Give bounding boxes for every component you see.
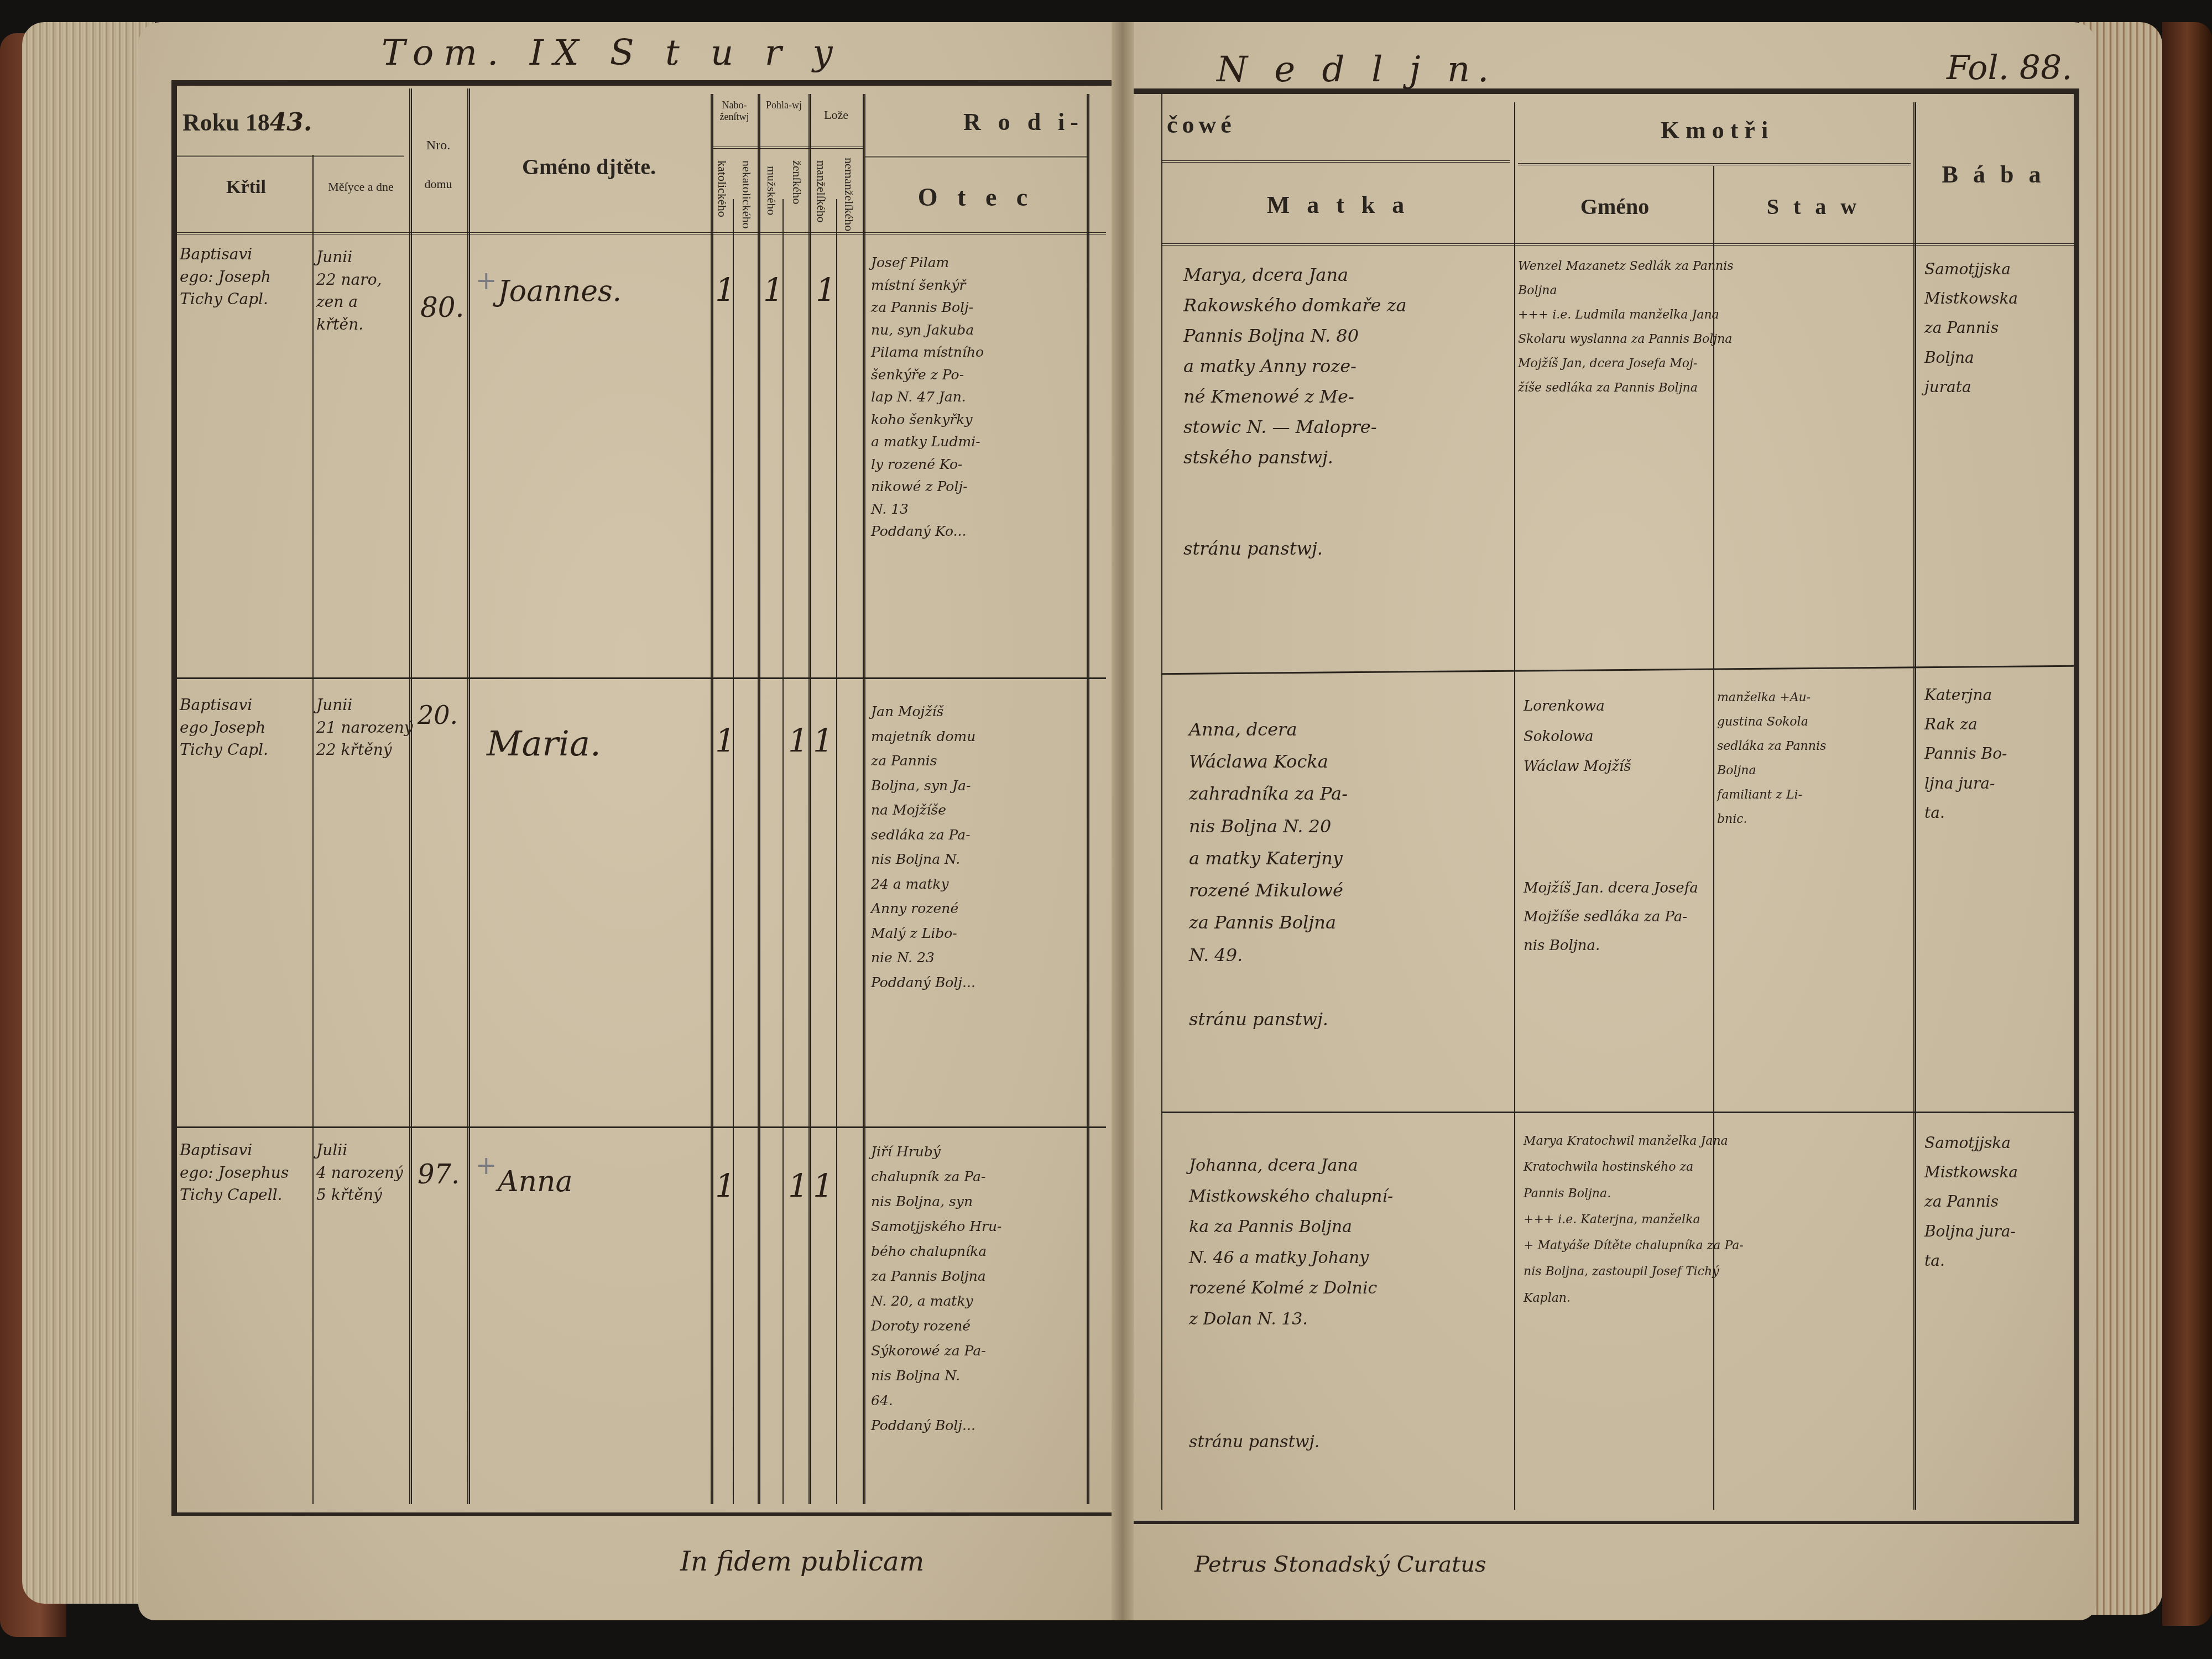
birth-date: Julii 4 narozený 5 křtěný: [316, 1139, 403, 1207]
subheader-illegitimate: nemanželſkého: [842, 158, 856, 231]
subheader-male: mužského: [764, 166, 779, 215]
subheader-catholic: katolického: [715, 160, 729, 217]
col-header-godparent-name: Gméno: [1518, 194, 1712, 220]
tally-catholic: 1: [715, 722, 735, 759]
col-header-religion: Nabo-ženſtwj: [712, 100, 757, 123]
col-header-nro: Nro.: [412, 138, 465, 153]
year-label: Roku 1843.: [182, 105, 312, 140]
locality-note: N e d l j n.: [1217, 44, 1496, 96]
pencil-cross-mark: +: [476, 265, 497, 295]
subheader-noncatholic: nekatolického: [739, 160, 754, 228]
godparents-info: Wenzel Mazanetz Sedlák za Pannis Boljna …: [1518, 254, 1734, 400]
subheader-female: ženſkého: [790, 160, 804, 204]
col-rule: [836, 199, 837, 1504]
col-rule: [733, 199, 734, 1504]
header-rule: [1518, 163, 1911, 168]
midwife-info: Samotjjska Mistkowska za Pannis Boljna j…: [1924, 1128, 2018, 1275]
tally-legitimate: 1: [816, 271, 836, 309]
tally-legitimate: 1: [813, 722, 833, 759]
tally-catholic: 1: [715, 271, 735, 309]
father-info: Josef Pilam místní šenkýř za Pannis Bolj…: [871, 252, 984, 543]
tally-legitimate: 1: [813, 1167, 833, 1204]
midwife-info: Samotjjska Mistkowska za Pannis Boljna j…: [1924, 254, 2018, 401]
tally-male: 1: [763, 271, 784, 309]
father-info: Jiří Hrubý chalupník za Pa- nis Boljna, …: [871, 1139, 1002, 1438]
child-name: Joannes.: [498, 271, 622, 312]
col-header-father: O t e c: [868, 182, 1084, 212]
col-rule: [1514, 102, 1515, 1510]
godparents-info: Marya Kratochwil manželka Jana Kratochwi…: [1524, 1128, 1744, 1311]
attestation-left: In fidem publicam: [680, 1543, 924, 1582]
header-rule: [713, 147, 863, 151]
birth-date: Junii 21 narozený 22 křtěný: [316, 694, 413, 761]
tally-catholic: 1: [715, 1167, 735, 1204]
col-rule: [467, 88, 470, 1504]
col-header-krtil: Křtil: [182, 177, 310, 198]
midwife-info: Katerjna Rak za Pannis Bo- ljna jura- ta…: [1924, 680, 2007, 827]
house-number: 20.: [418, 697, 458, 734]
col-rule: [863, 94, 865, 1504]
row-divider: [177, 1126, 1106, 1128]
father-info: Jan Mojžíš majetník domu za Pannis Boljn…: [871, 700, 975, 995]
header-rule: [177, 155, 404, 159]
col-rule: [1087, 94, 1089, 1504]
tally-female: 1: [788, 722, 808, 759]
col-rule: [1161, 94, 1162, 1510]
col-header-sex: Pohla-wj: [760, 100, 807, 111]
col-header-child-name: Gméno djtěte.: [470, 154, 708, 180]
col-header-parents-right: čowé: [1167, 111, 1236, 139]
book-gutter: [1112, 22, 1134, 1620]
leather-cover-right: [2162, 22, 2212, 1626]
col-rule: [1913, 102, 1916, 1510]
col-header-godparent-status: S t a w: [1717, 194, 1911, 220]
header-rule: [1161, 160, 1510, 165]
col-header-mother: M a t k a: [1167, 191, 1510, 219]
col-header-parents-left: R o d i-: [868, 108, 1084, 136]
col-rule: [758, 94, 760, 1504]
year-handwritten: 43.: [270, 108, 312, 137]
mother-info: Marya, dcera Jana Rakowského domkaře za …: [1183, 260, 1407, 564]
birth-date: Junii 22 naro, zen a křtěn.: [316, 246, 382, 336]
header-bottom-rule: [177, 232, 1106, 237]
baptizer: Baptisavi ego: Joseph Tichy Capl.: [180, 243, 271, 311]
col-header-midwife: B á b a: [1919, 160, 2068, 189]
mother-info: Anna, dcera Wáclawa Kocka zahradníka za …: [1189, 713, 1348, 1035]
mother-info: Johanna, dcera Jana Mistkowského chalupn…: [1189, 1150, 1393, 1457]
tally-female: 1: [788, 1167, 808, 1204]
col-rule: [409, 88, 412, 1504]
godparent-extra: Mojžíš Jan. dcera Josefa Mojžíše sedláka…: [1524, 874, 1698, 960]
col-rule: [782, 199, 784, 1504]
header-bottom-rule: [1161, 243, 2074, 248]
subheader-legitimate: manželſkého: [814, 160, 828, 222]
year-printed: Roku 18: [182, 109, 270, 136]
col-rule: [808, 94, 811, 1504]
folio-number: Fol. 88.: [1947, 44, 2072, 92]
pencil-cross-mark: +: [476, 1150, 497, 1180]
col-rule: [711, 94, 713, 1504]
curate-signature: Petrus Stonadský Curatus: [1194, 1548, 1486, 1580]
volume-note: Tom. IX S t u r y: [382, 28, 843, 79]
col-header-legitimacy: Lože: [811, 108, 862, 122]
child-name: Maria.: [487, 719, 601, 769]
house-number: 80.: [420, 288, 465, 328]
house-number: 97.: [418, 1156, 460, 1194]
page-stack-left: [22, 22, 155, 1604]
row-divider: [1161, 1112, 2074, 1113]
header-rule: [865, 156, 1087, 160]
col-header-godparents: K m o t ř i: [1518, 116, 1911, 144]
baptizer: Baptisavi ego Joseph Tichy Capl.: [180, 694, 268, 761]
child-name: Anna: [498, 1161, 573, 1203]
godparent-status: manželka +Au- gustina Sokola sedláka za …: [1717, 686, 1826, 832]
baptizer: Baptisavi ego: Josephus Tichy Capell.: [180, 1139, 289, 1207]
col-rule: [312, 155, 314, 1504]
row-divider: [177, 677, 1106, 679]
godparent-names: Lorenkowa Sokolowa Wáclaw Mojžíš: [1524, 691, 1631, 782]
col-header-month-day: Měſyce a dne: [315, 180, 406, 194]
col-header-domu: domu: [412, 177, 465, 191]
